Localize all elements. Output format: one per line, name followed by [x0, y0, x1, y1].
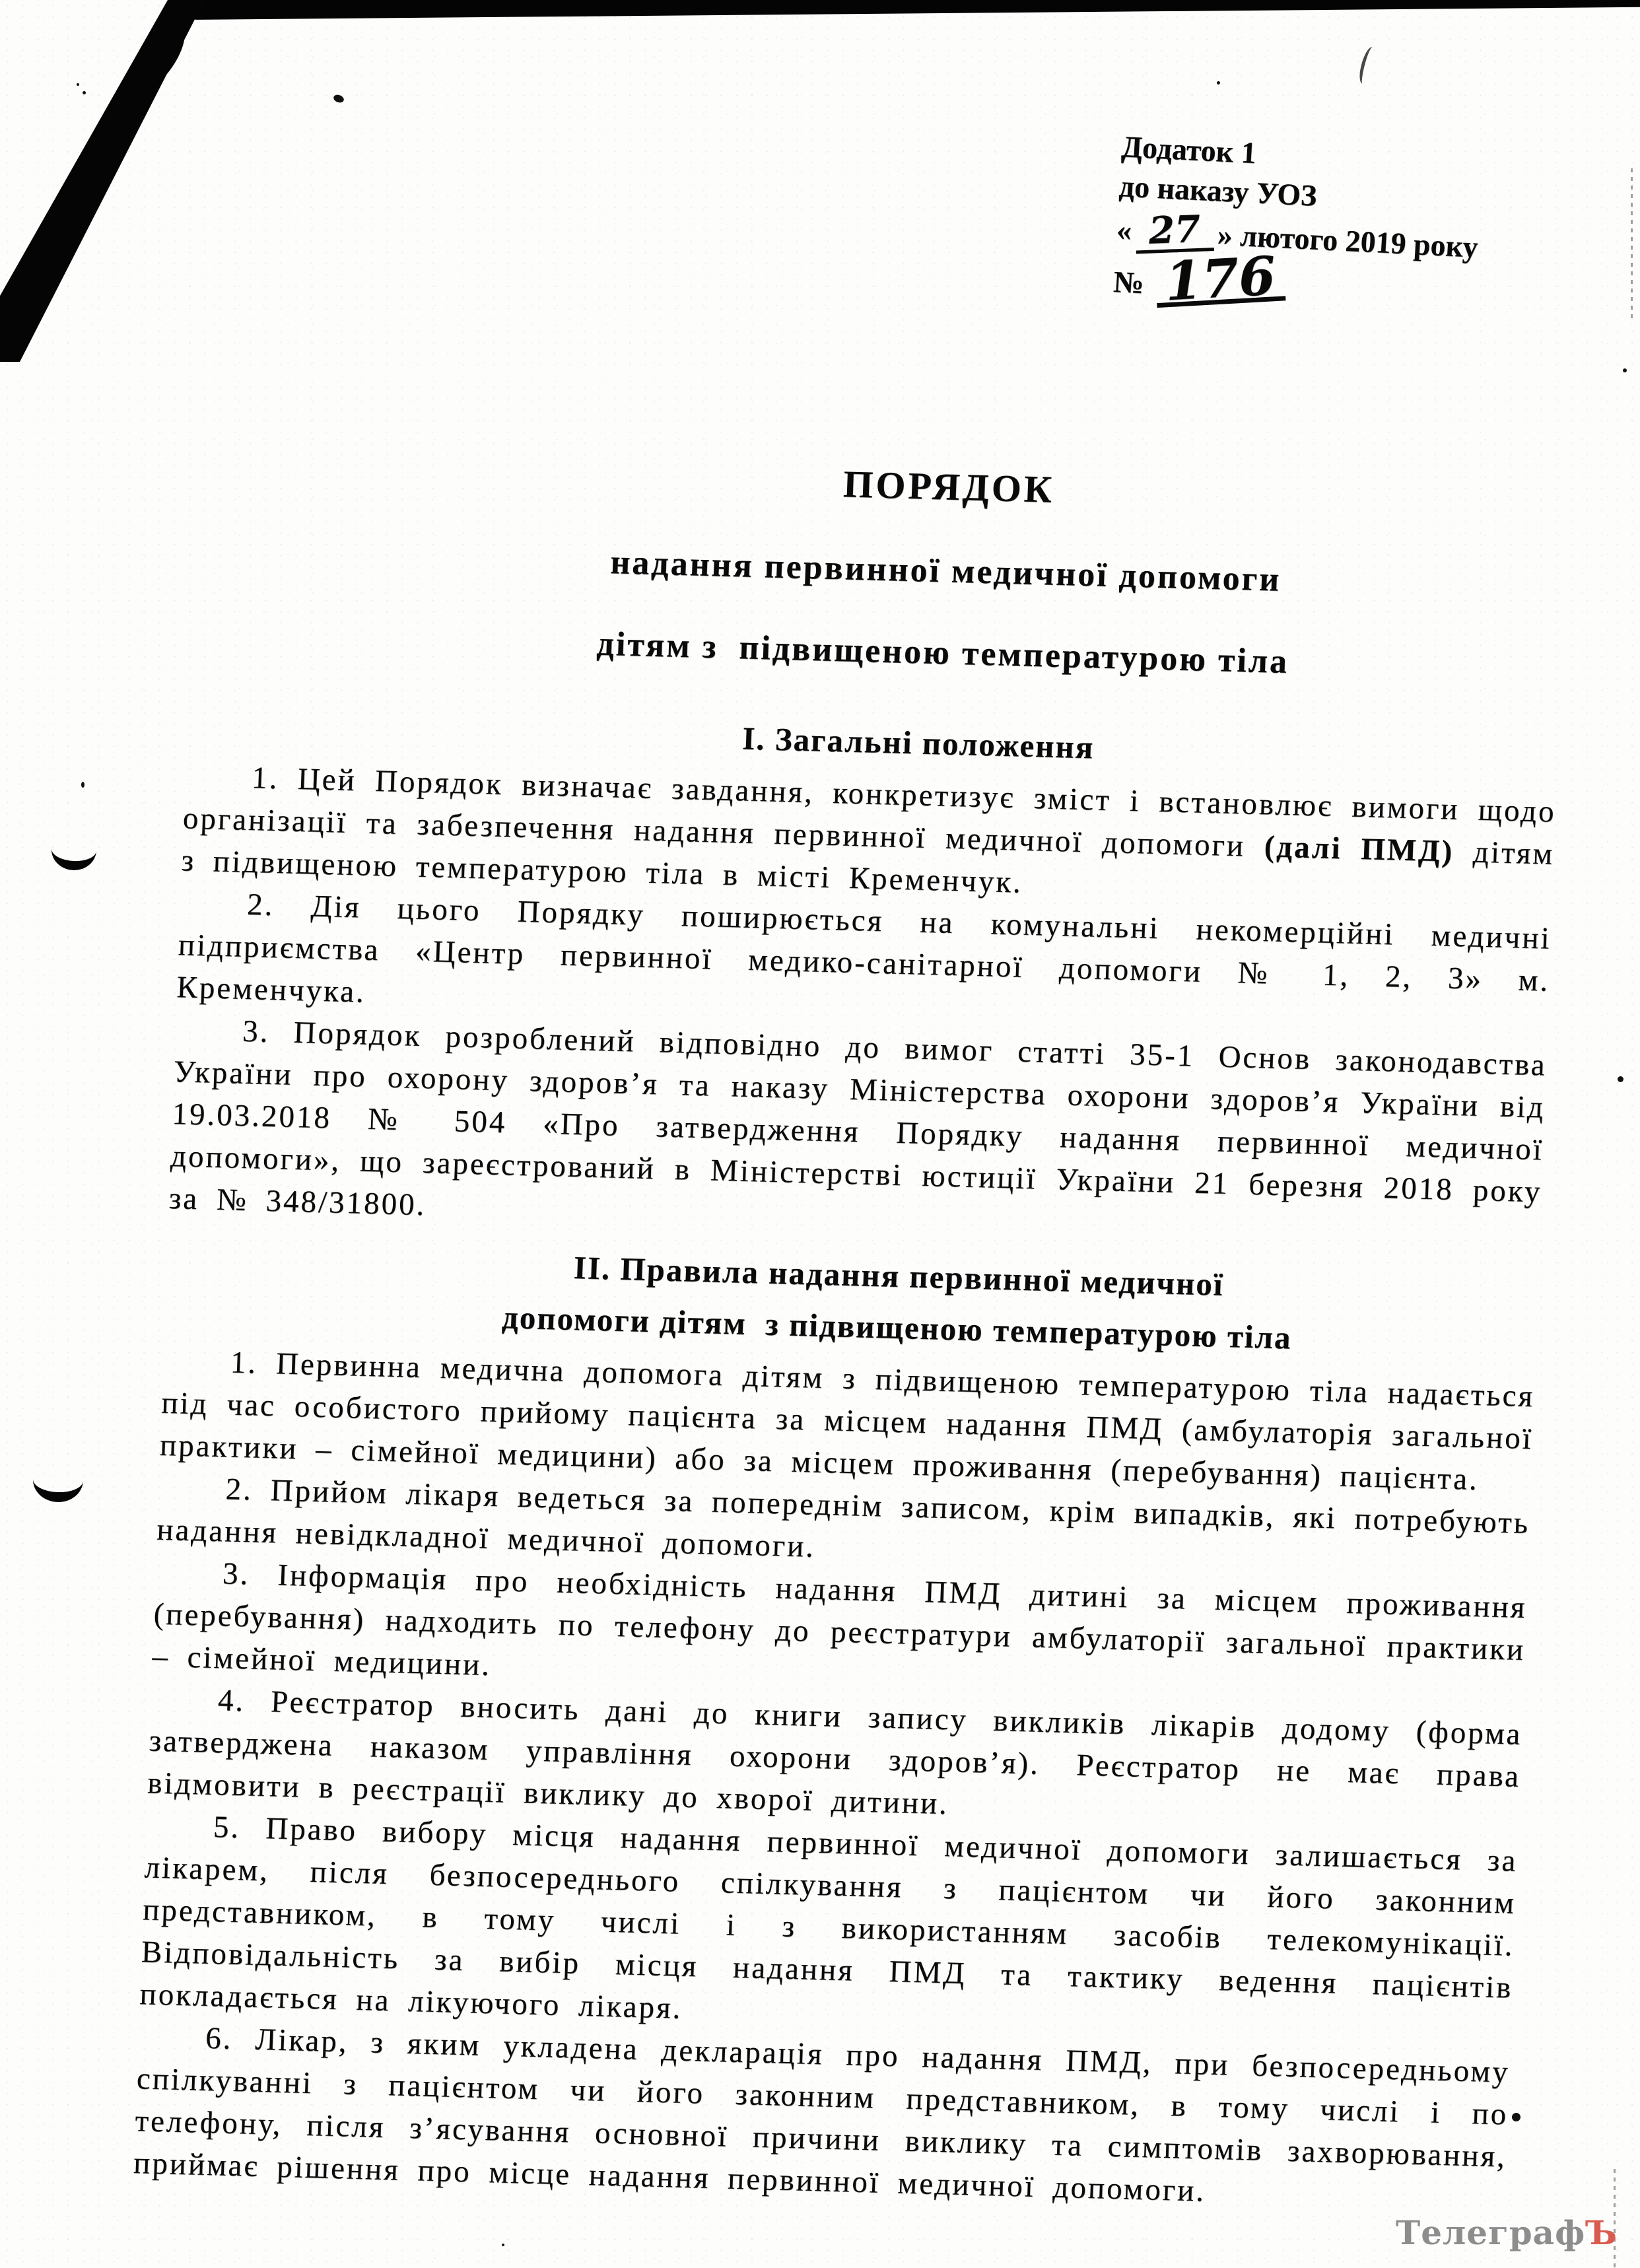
title-line: дітям з підвищеною температурою тіла	[256, 606, 1630, 700]
corner-fold-artifact	[0, 0, 423, 383]
paragraph: 3. Порядок розроблений відповідно до вим…	[168, 1008, 1548, 1255]
scan-speck	[1512, 2113, 1520, 2121]
paragraph: 5. Право вибору місця надання первинної …	[139, 1804, 1519, 2051]
page-edge-dashed-line	[1631, 168, 1633, 320]
open-quote: «	[1116, 213, 1133, 247]
appendix-header: Додаток 1 до наказу УОЗ «27» лютого 2019…	[1111, 104, 1599, 348]
number-sign: №	[1112, 265, 1145, 300]
title-line: надання первинної медичної допомоги	[259, 524, 1633, 618]
handwritten-day: 27	[1135, 212, 1214, 254]
title-word: ПОРЯДОК	[262, 437, 1636, 536]
hole-punch-mark	[32, 1457, 84, 1503]
document-title: ПОРЯДОК надання первинної медичної допом…	[255, 413, 1637, 724]
ink-squiggle-artifact	[1357, 46, 1378, 86]
scan-speck	[77, 83, 79, 86]
scan-speck	[81, 782, 85, 788]
paragraph: 6. Лікар, з яким укладена декларація про…	[133, 2015, 1511, 2220]
scan-speck	[1623, 368, 1627, 372]
watermark-text: Телеграф	[1396, 2213, 1585, 2252]
watermark-letter: Ъ	[1585, 2213, 1618, 2252]
scan-speck	[83, 91, 86, 94]
handwritten-order-number: 176	[1155, 254, 1286, 308]
document-content: Додаток 1 до наказу УОЗ «27» лютого 2019…	[133, 81, 1581, 2220]
hole-punch-mark	[50, 828, 97, 871]
telegraf-watermark: ТелеграфЪ	[1396, 2213, 1618, 2252]
scan-speck	[502, 2244, 504, 2246]
scanned-document-page: Додаток 1 до наказу УОЗ «27» лютого 2019…	[0, 0, 1640, 2268]
document-sections: І. Загальні положення1. Цей Порядок визн…	[133, 698, 1559, 2220]
scan-speck	[1618, 1076, 1623, 1082]
scan-speck	[1217, 81, 1220, 85]
